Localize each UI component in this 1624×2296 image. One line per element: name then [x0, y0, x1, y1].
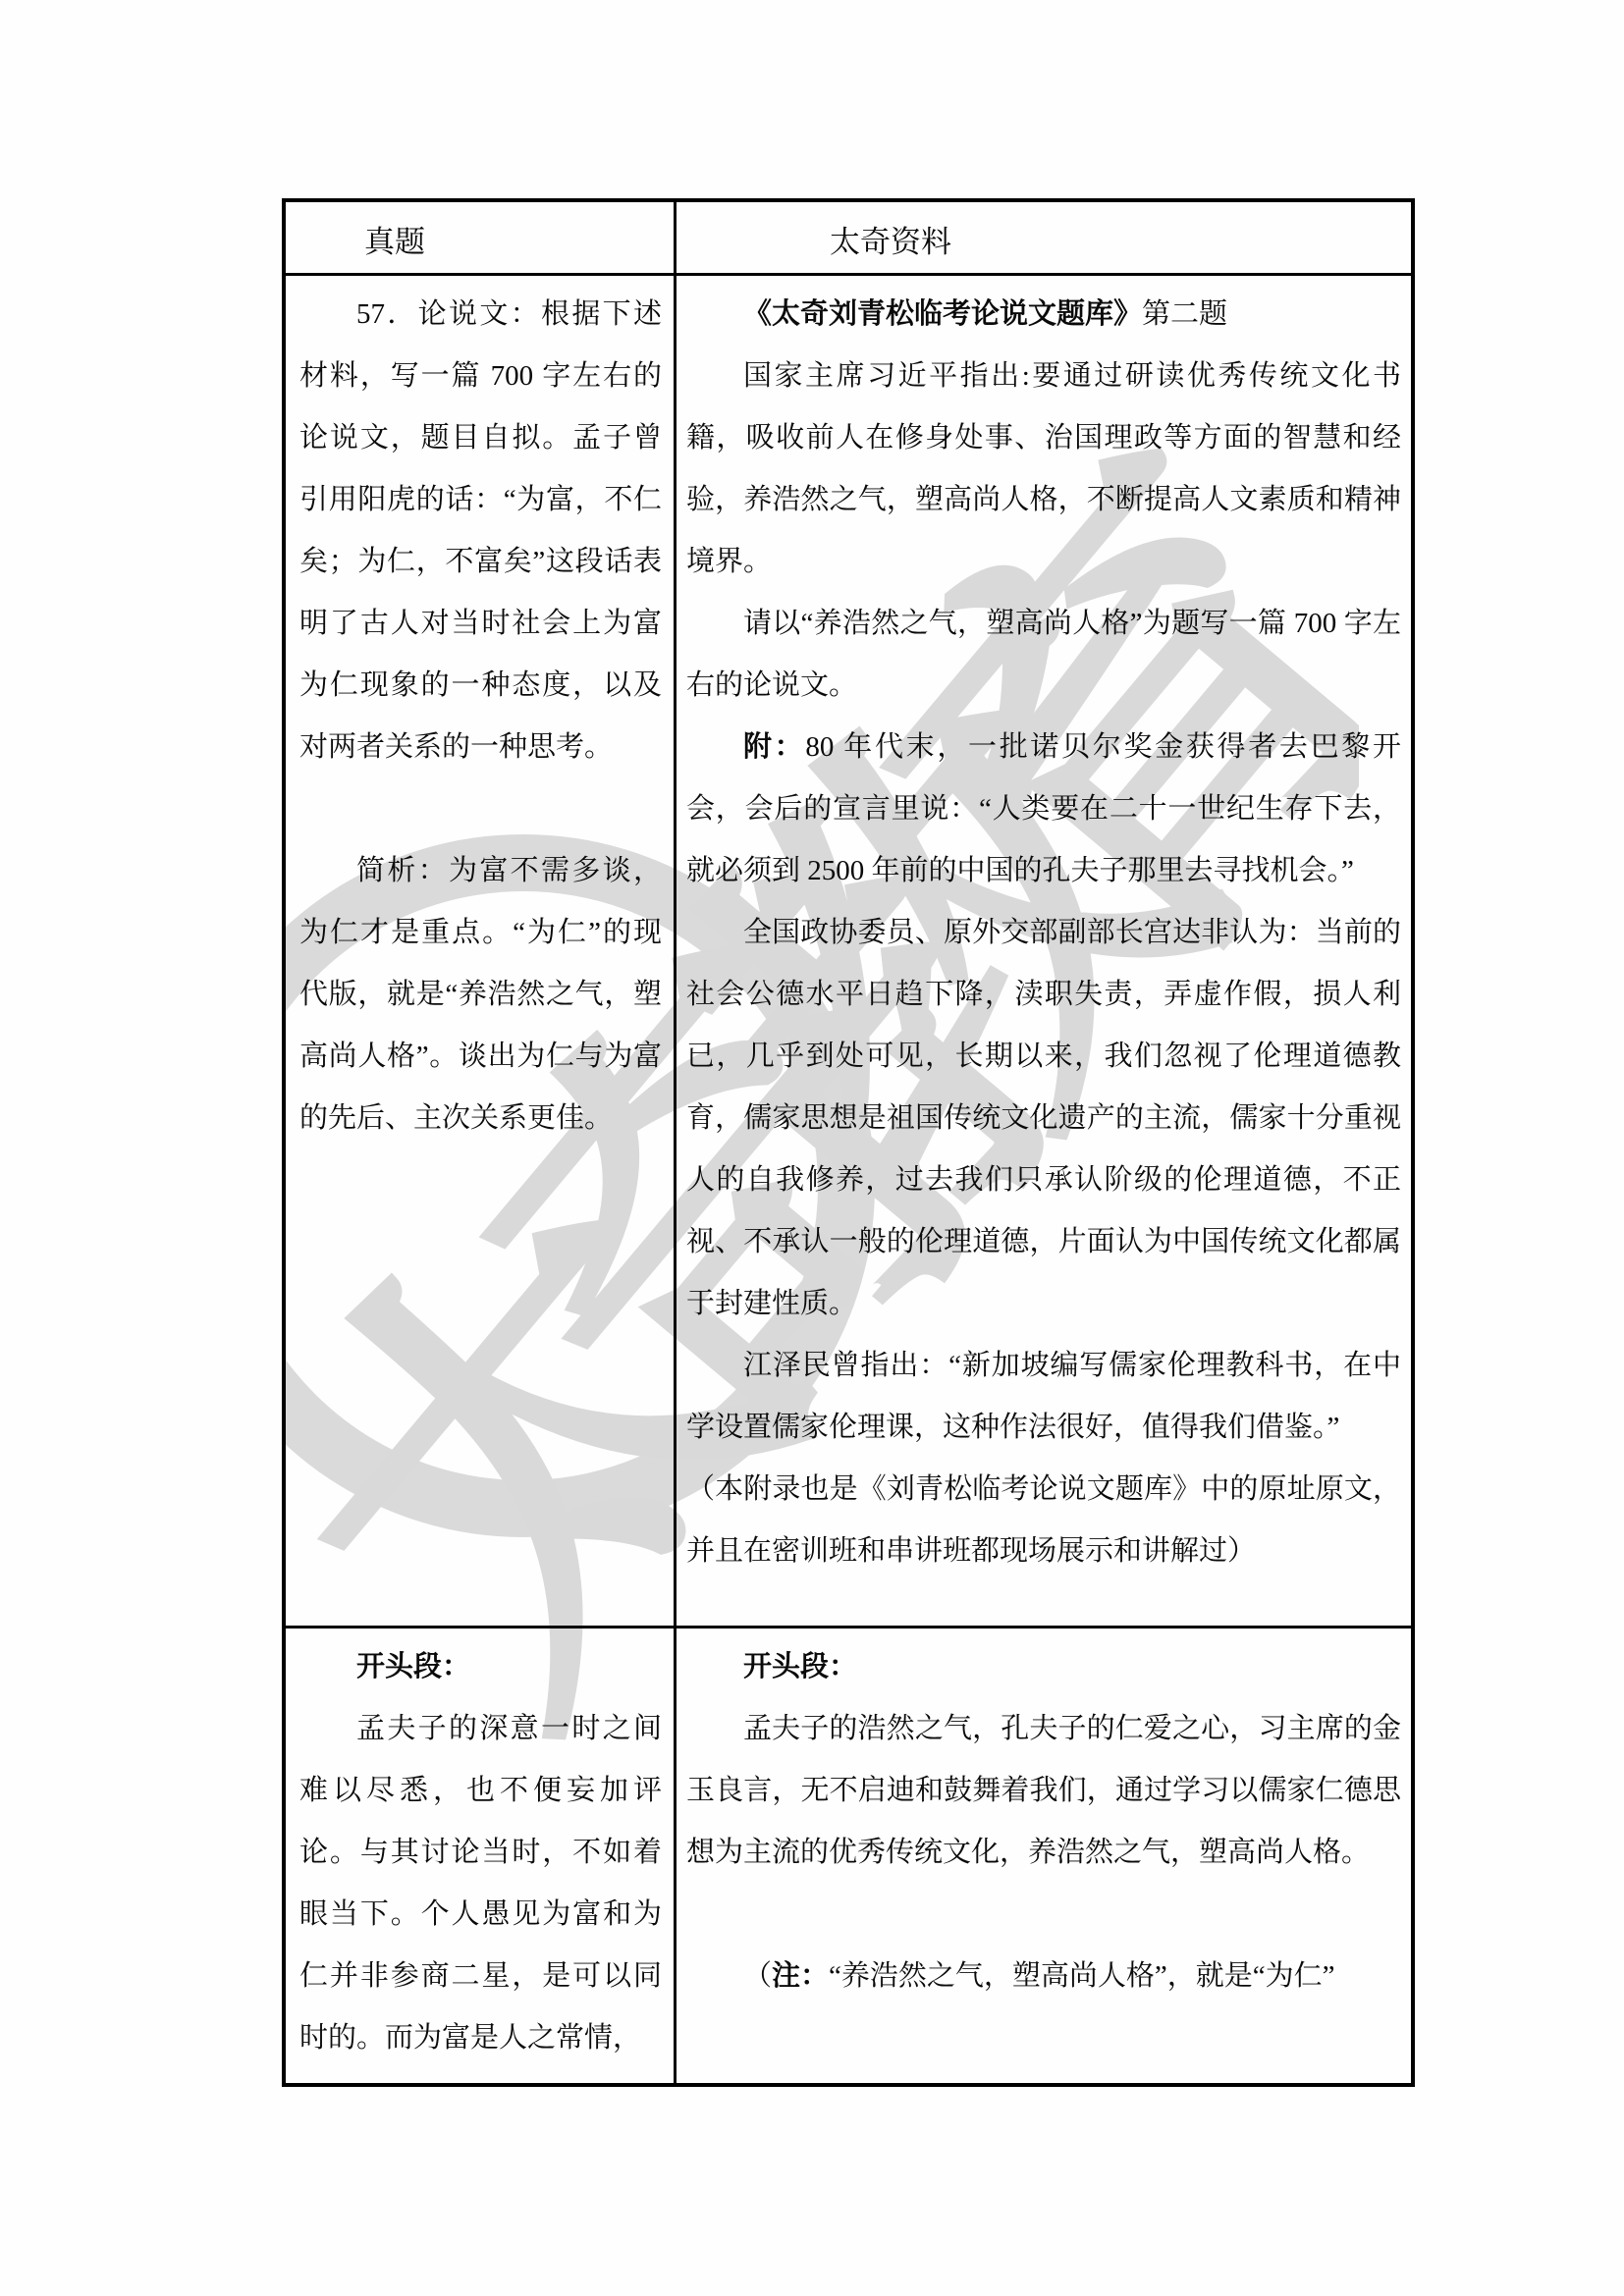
paragraph: 《太奇刘青松临考论说文题库》第二题	[686, 284, 1401, 346]
table-row-question: 57．论说文：根据下述材料，写一篇 700 字左右的论说文，题目自拟。孟子曾引用…	[284, 275, 1413, 1628]
paragraph: 附：80 年代末，一批诺贝尔奖金获得者去巴黎开会，会后的宣言里说：“人类要在二十…	[686, 717, 1401, 902]
cell-taiqi-material: 《太奇刘青松临考论说文题库》第二题 国家主席习近平指出:要通过研读优秀传统文化书…	[676, 275, 1414, 1628]
header-cell-taiqi-material: 太奇资料	[676, 200, 1414, 275]
paragraph: 孟夫子的浩然之气，孔夫子的仁爱之心，习主席的金玉良言，无不启迪和鼓舞着我们，通过…	[686, 1698, 1401, 1884]
table-row-opening: 开头段： 孟夫子的深意一时之间难以尽悉，也不便妄加评论。与其讨论当时，不如着眼当…	[284, 1628, 1413, 2086]
paragraph: 57．论说文：根据下述材料，写一篇 700 字左右的论说文，题目自拟。孟子曾引用…	[299, 284, 662, 778]
table-header-row: 真题 太奇资料	[284, 200, 1413, 275]
paragraph-heading: 开头段：	[686, 1636, 1401, 1698]
comparison-table: 真题 太奇资料 57．论说文：根据下述材料，写一篇 700 字左右的论说文，题目…	[282, 198, 1415, 2087]
paragraph: 江泽民曾指出：“新加坡编写儒家伦理教科书，在中学设置儒家伦理课，这种作法很好，值…	[686, 1335, 1401, 1459]
paragraph: 简析：为富不需多谈，为仁才是重点。“为仁”的现代版，就是“养浩然之气，塑高尚人格…	[299, 840, 662, 1149]
column-header-real-exam: 真题	[299, 227, 662, 257]
paragraph: 全国政协委员、原外交部副部长宫达非认为：当前的社会公德水平日趋下降，渎职失责，弄…	[686, 902, 1401, 1335]
header-cell-real-exam: 真题	[284, 200, 676, 275]
scanned-document-page: { "watermark": { "text": "太奇教育", "color"…	[0, 0, 1624, 2296]
paragraph-heading: 开头段：	[299, 1636, 662, 1698]
paragraph: 请以“养浩然之气，塑高尚人格”为题写一篇 700 字左右的论说文。	[686, 593, 1401, 717]
cell-exam-opening: 开头段： 孟夫子的深意一时之间难以尽悉，也不便妄加评论。与其讨论当时，不如着眼当…	[284, 1628, 676, 2086]
paragraph: （本附录也是《刘青松临考论说文题库》中的原址原文，并且在密训班和串讲班都现场展示…	[686, 1459, 1401, 1582]
column-header-taiqi-material: 太奇资料	[686, 227, 1401, 257]
paragraph: 孟夫子的深意一时之间难以尽悉，也不便妄加评论。与其讨论当时，不如着眼当下。个人愚…	[299, 1698, 662, 2069]
paragraph: （注：“养浩然之气，塑高尚人格”，就是“为仁”	[686, 1946, 1401, 2007]
cell-exam-question: 57．论说文：根据下述材料，写一篇 700 字左右的论说文，题目自拟。孟子曾引用…	[284, 275, 676, 1628]
paragraph: 国家主席习近平指出:要通过研读优秀传统文化书籍，吸收前人在修身处事、治国理政等方…	[686, 346, 1401, 593]
cell-taiqi-opening: 开头段： 孟夫子的浩然之气，孔夫子的仁爱之心，习主席的金玉良言，无不启迪和鼓舞着…	[676, 1628, 1414, 2086]
